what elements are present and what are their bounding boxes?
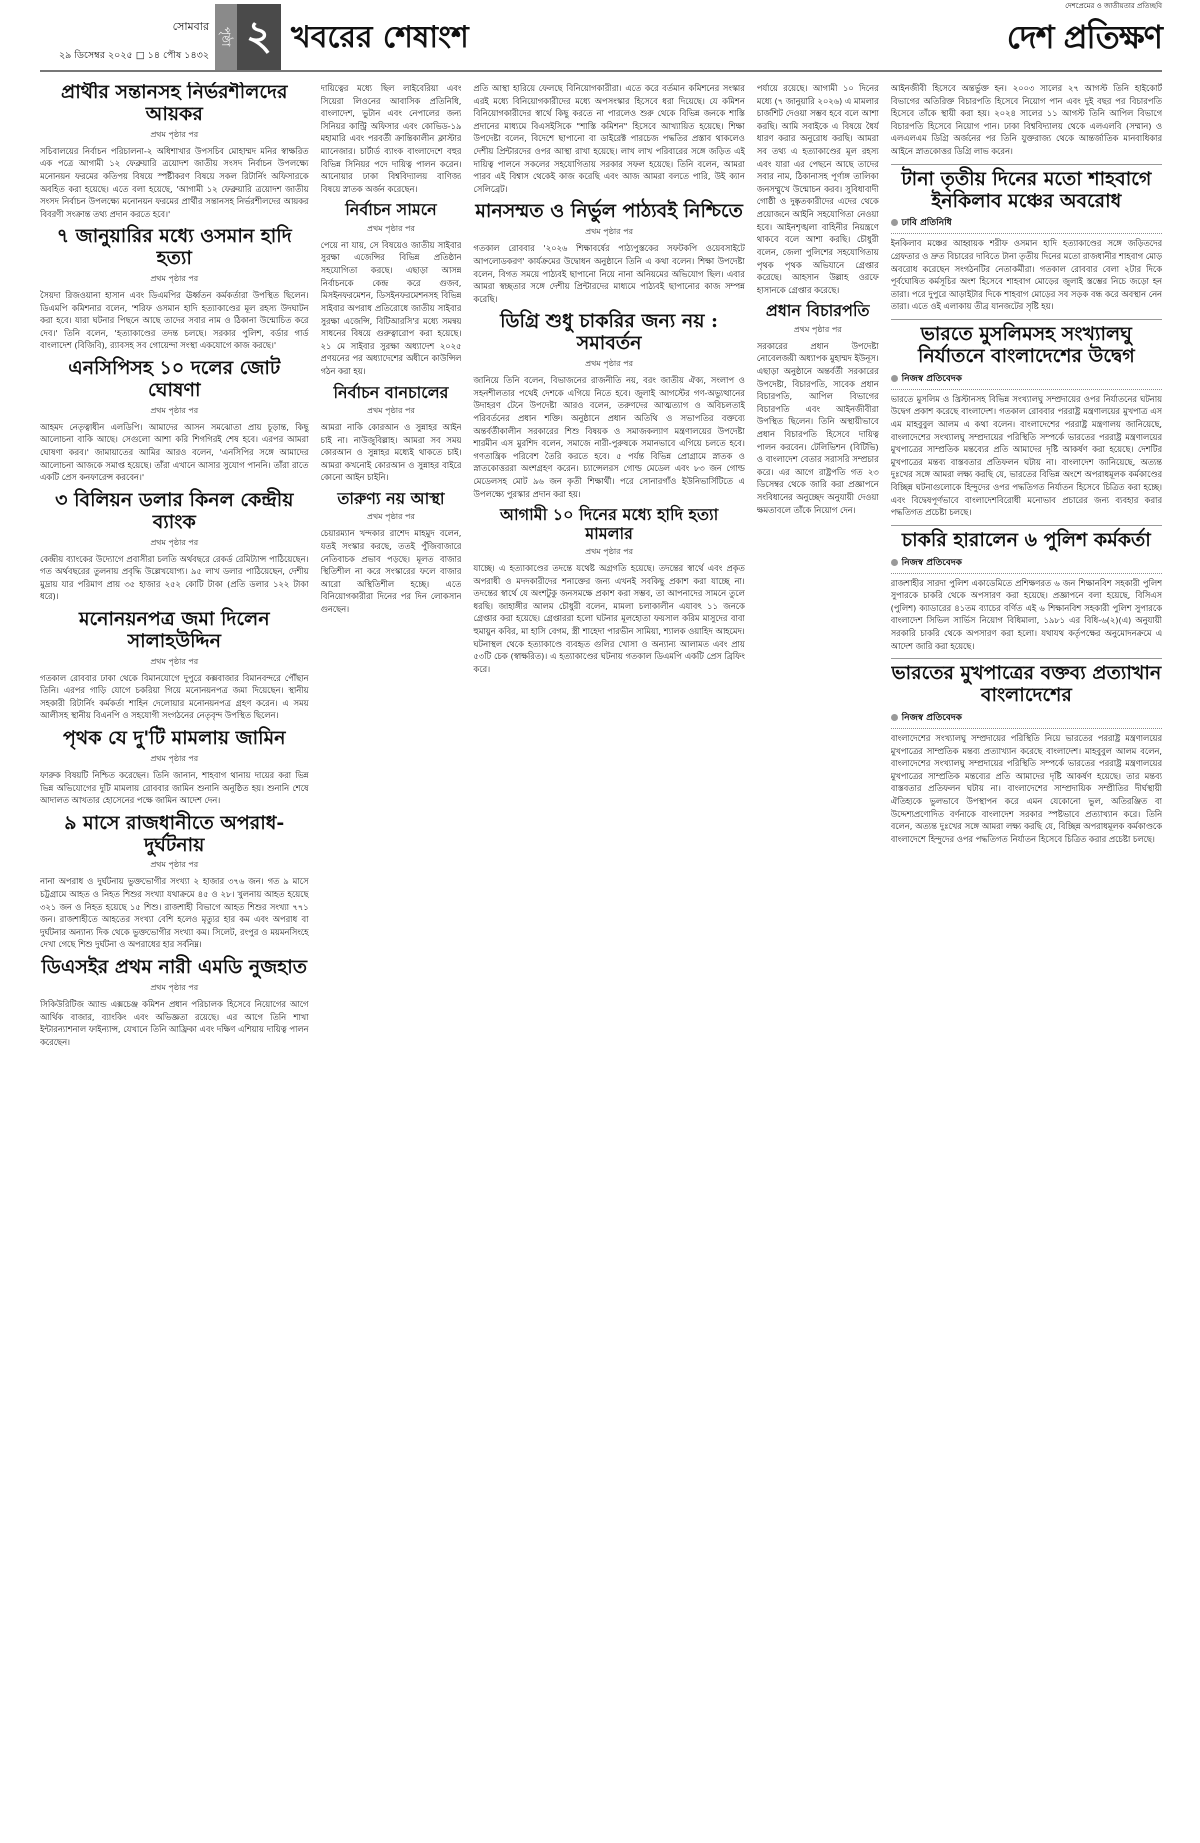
article-body: সচিবালয়ের নির্বাচন পরিচালনা-২ অধিশাখার … bbox=[40, 145, 309, 221]
continued-label: প্রথম পৃষ্ঠার পর bbox=[321, 223, 462, 236]
article-body: কেন্দ্রীয় ব্যাংকের উদ্যোগে প্রবাসীরা চল… bbox=[40, 553, 309, 603]
byline: নিজস্ব প্রতিবেদক bbox=[891, 371, 1162, 390]
article-hadi: ৭ জানুয়ারির মধ্যে ওসমান হাদি হত্যা প্রথ… bbox=[40, 226, 309, 352]
headline: তারুণ্য নয় আস্থা bbox=[321, 490, 462, 508]
article-body: আমরা নাকি কোরআন ও সুন্নাহর আইন চাই না। ন… bbox=[321, 421, 462, 484]
continued-label: প্রথম পৃষ্ঠার পর bbox=[757, 324, 879, 337]
article-body: ভারতে মুসলিম ও খ্রিস্টানসহ বিভিন্ন সংখ্য… bbox=[891, 393, 1162, 519]
column-4: পর্যায়ে রয়েছে। আগামী ১০ দিনের মধ্যে (৭… bbox=[757, 82, 879, 1832]
article-body: পর্যায়ে রয়েছে। আগামী ১০ দিনের মধ্যে (৭… bbox=[757, 82, 879, 296]
headline: নির্বাচন বানচালের bbox=[321, 384, 462, 402]
article-textbook: মানসম্মত ও নির্ভুল পাঠ্যবই নিশ্চিতে প্রথ… bbox=[473, 201, 744, 305]
article-india-statement: ভারতের মুখপাত্রের বক্তব্য প্রত্যাখান বাং… bbox=[891, 658, 1162, 845]
article-body: যাচ্ছে। এ হত্যাকাণ্ডের তদন্তে যথেষ্ট অগ্… bbox=[473, 562, 744, 675]
continued-label: প্রথম পৃষ্ঠার পর bbox=[40, 273, 309, 286]
article-salahuddin: মনোনয়নপত্র জমা দিলেন সালাহউদ্দিন প্রথম … bbox=[40, 609, 309, 722]
headline: আগামী ১০ দিনের মধ্যে হাদি হত্যা মামলার bbox=[473, 506, 744, 543]
weekday: সোমবার bbox=[40, 18, 209, 37]
continued-label: প্রথম পৃষ্ঠার পর bbox=[321, 405, 462, 418]
continued-label: প্রথম পৃষ্ঠার পর bbox=[40, 859, 309, 872]
article-body: সৈয়দা রিজওয়ানা হাসান এবং ডিএমপির ঊর্ধ্… bbox=[40, 289, 309, 352]
article-body: গতকাল রোববার '২০২৬ শিক্ষাবর্ষের পাঠ্যপুস… bbox=[473, 242, 744, 305]
article-continuation: পর্যায়ে রয়েছে। আগামী ১০ দিনের মধ্যে (৭… bbox=[757, 82, 879, 296]
headline: ভারতের মুখপাত্রের বক্তব্য প্রত্যাখান বাং… bbox=[891, 663, 1162, 707]
article-body: ফারুক বিষয়টি নিশ্চিত করেছেন। তিনি জানান… bbox=[40, 769, 309, 807]
section-title: খবরের শেষাংশ bbox=[281, 13, 469, 70]
continued-label: প্রথম পৃষ্ঠার পর bbox=[473, 358, 744, 371]
article-tarun: তারুণ্য নয় আস্থা প্রথম পৃষ্ঠার পর চেয়া… bbox=[321, 490, 462, 616]
article-body: সিকিউরিটিজ অ্যান্ড এক্সচেঞ্জ কমিশন প্রধা… bbox=[40, 998, 309, 1048]
headline: ভারতে মুসলিমসহ সংখ্যালঘু নির্যাতনে বাংলা… bbox=[891, 324, 1162, 368]
headline: মানসম্মত ও নির্ভুল পাঠ্যবই নিশ্চিতে bbox=[473, 201, 744, 223]
article-shahbag: টানা তৃতীয় দিনের মতো শাহবাগে ইনকিলাব মঞ… bbox=[891, 164, 1162, 313]
byline: নিজস্ব প্রতিবেদক bbox=[891, 555, 1162, 574]
bullet-icon bbox=[891, 714, 898, 721]
headline: ৭ জানুয়ারির মধ্যে ওসমান হাদি হত্যা bbox=[40, 226, 309, 270]
article-ncp: এনসিপিসহ ১০ দলের জোট ঘোষণা প্রথম পৃষ্ঠার… bbox=[40, 358, 309, 484]
article-continuation: দায়িত্বের মধ্যে ছিল লাইবেরিয়া এবং সিয়… bbox=[321, 82, 462, 195]
column-3: প্রতি আস্থা হারিয়ে ফেলছে বিনিয়োগকারীরা… bbox=[473, 82, 744, 1832]
headline: নির্বাচন সামনে bbox=[321, 201, 462, 219]
headline: ৩ বিলিয়ন ডলার কিনল কেন্দ্রীয় ব্যাংক bbox=[40, 490, 309, 534]
article-body: জানিয়ে তিনি বলেন, বিভাজনের রাজনীতি নয়,… bbox=[473, 374, 744, 500]
headline: ডিগ্রি শুধু চাকরির জন্য নয় : সমাবর্তন bbox=[473, 311, 744, 355]
headline: ৯ মাসে রাজধানীতে অপরাধ-দুর্ঘটনায় bbox=[40, 813, 309, 857]
article-body: সরকারের প্রধান উপদেষ্টা নোবেলজয়ী অধ্যাপ… bbox=[757, 340, 879, 517]
page-label: পৃষ্ঠা bbox=[215, 4, 237, 70]
article-remittance: ৩ বিলিয়ন ডলার কিনল কেন্দ্রীয় ব্যাংক প্… bbox=[40, 490, 309, 603]
column-5: আইনজীবী হিসেবে অন্তর্ভুক্ত হন। ২০০৩ সালে… bbox=[891, 82, 1162, 1832]
article-india-concern: ভারতে মুসলিমসহ সংখ্যালঘু নির্যাতনে বাংলা… bbox=[891, 319, 1162, 519]
article-hadi-case: আগামী ১০ দিনের মধ্যে হাদি হত্যা মামলার প… bbox=[473, 506, 744, 675]
article-aykor: প্রার্থীর সন্তানসহ নির্ভরশীলদের আয়কর প্… bbox=[40, 82, 309, 220]
continued-label: প্রথম পৃষ্ঠার পর bbox=[473, 546, 744, 559]
article-bsec: প্রতি আস্থা হারিয়ে ফেলছে বিনিয়োগকারীরা… bbox=[473, 82, 744, 195]
column-2: দায়িত্বের মধ্যে ছিল লাইবেরিয়া এবং সিয়… bbox=[321, 82, 462, 1832]
article-crime: ৯ মাসে রাজধানীতে অপরাধ-দুর্ঘটনায় প্রথম … bbox=[40, 813, 309, 951]
article-body: ইনকিলাব মঞ্চের আহ্বায়ক শরীফ ওসমান হাদি … bbox=[891, 237, 1162, 313]
continued-label: প্রথম পৃষ্ঠার পর bbox=[40, 753, 309, 766]
headline: এনসিপিসহ ১০ দলের জোট ঘোষণা bbox=[40, 358, 309, 402]
article-election-sabotage: নির্বাচন বানচালের প্রথম পৃষ্ঠার পর আমরা … bbox=[321, 384, 462, 484]
article-body: নানা অপরাধ ও দুর্ঘটনায় ভুক্তভোগীর সংখ্য… bbox=[40, 875, 309, 951]
headline: প্রধান বিচারপতি bbox=[757, 302, 879, 320]
article-police: চাকরি হারালেন ৬ পুলিশ কর্মকর্তা নিজস্ব প… bbox=[891, 525, 1162, 653]
continued-label: প্রথম পৃষ্ঠার পর bbox=[40, 982, 309, 995]
article-body: রাজশাহীর সারদা পুলিশ একাডেমিতে প্রশিক্ষণ… bbox=[891, 577, 1162, 653]
continued-label: প্রথম পৃষ্ঠার পর bbox=[40, 656, 309, 669]
article-body: পেয়ে না যায়, সে বিষয়েও জাতীয় সাইবার … bbox=[321, 239, 462, 378]
bullet-icon bbox=[891, 375, 898, 382]
headline: মনোনয়নপত্র জমা দিলেন সালাহউদ্দিন bbox=[40, 609, 309, 653]
article-body: আইনজীবী হিসেবে অন্তর্ভুক্ত হন। ২০০৩ সালে… bbox=[891, 82, 1162, 158]
continued-label: প্রথম পৃষ্ঠার পর bbox=[40, 537, 309, 550]
headline: প্রার্থীর সন্তানসহ নির্ভরশীলদের আয়কর bbox=[40, 82, 309, 126]
column-1: প্রার্থীর সন্তানসহ নির্ভরশীলদের আয়কর প্… bbox=[40, 82, 309, 1832]
continued-label: প্রথম পৃষ্ঠার পর bbox=[473, 226, 744, 239]
article-body: দায়িত্বের মধ্যে ছিল লাইবেরিয়া এবং সিয়… bbox=[321, 82, 462, 195]
article-body: গতকাল রোববার ঢাকা থেকে বিমানযোগে দুপুরে … bbox=[40, 672, 309, 722]
headline: পৃথক যে দু'টি মামলায় জামিন bbox=[40, 728, 309, 750]
brand-tagline: দেশপ্রেমের ও জাতীয়তার প্রতিচ্ছবি bbox=[1007, 0, 1162, 12]
brand-name: দেশ প্রতিক্ষণ bbox=[1007, 18, 1162, 56]
bullet-icon bbox=[891, 219, 898, 226]
continued-label: প্রথম পৃষ্ঠার পর bbox=[321, 511, 462, 524]
date-block: সোমবার ২৯ ডিসেম্বর ২০২৫ □ ১৪ পৌষ ১৪৩২ bbox=[40, 18, 215, 70]
article-body: বাংলাদেশের সংখ্যালঘু সম্প্রদায়ের পরিস্থ… bbox=[891, 732, 1162, 845]
newspaper-logo: দেশপ্রেমের ও জাতীয়তার প্রতিচ্ছবি দেশ প্… bbox=[1007, 0, 1162, 66]
article-continuation: আইনজীবী হিসেবে অন্তর্ভুক্ত হন। ২০০৩ সালে… bbox=[891, 82, 1162, 158]
article-election-front: নির্বাচন সামনে প্রথম পৃষ্ঠার পর পেয়ে না… bbox=[321, 201, 462, 377]
headline: চাকরি হারালেন ৬ পুলিশ কর্মকর্তা bbox=[891, 530, 1162, 552]
byline: নিজস্ব প্রতিবেদক bbox=[891, 710, 1162, 729]
article-bail: পৃথক যে দু'টি মামলায় জামিন প্রথম পৃষ্ঠা… bbox=[40, 728, 309, 807]
headline: ডিএসইর প্রথম নারী এমডি নুজহাত bbox=[40, 957, 309, 979]
byline: ঢাবি প্রতিনিধি bbox=[891, 215, 1162, 234]
article-body: প্রতি আস্থা হারিয়ে ফেলছে বিনিয়োগকারীরা… bbox=[473, 82, 744, 195]
continued-label: প্রথম পৃষ্ঠার পর bbox=[40, 129, 309, 142]
masthead: সোমবার ২৯ ডিসেম্বর ২০২৫ □ ১৪ পৌষ ১৪৩২ পৃ… bbox=[40, 0, 1162, 72]
bullet-icon bbox=[891, 559, 898, 566]
article-body: চেয়ারম্যান খন্দকার রাশেদ মাহমুদ বলেন, য… bbox=[321, 527, 462, 615]
continued-label: প্রথম পৃষ্ঠার পর bbox=[40, 405, 309, 418]
page-number: ২ bbox=[237, 4, 281, 70]
headline: টানা তৃতীয় দিনের মতো শাহবাগে ইনকিলাব মঞ… bbox=[891, 169, 1162, 213]
article-body: আহমদ নেতৃত্বাধীন এলডিপি। আমাদের আসন সমঝো… bbox=[40, 421, 309, 484]
newspaper-page: সোমবার ২৯ ডিসেম্বর ২০২৫ □ ১৪ পৌষ ১৪৩২ পৃ… bbox=[0, 0, 1200, 1843]
article-dse: ডিএসইর প্রথম নারী এমডি নুজহাত প্রথম পৃষ্… bbox=[40, 957, 309, 1048]
issue-date: ২৯ ডিসেম্বর ২০২৫ □ ১৪ পৌষ ১৪৩২ bbox=[59, 50, 209, 61]
page-number-badge: পৃষ্ঠা ২ bbox=[215, 4, 281, 70]
article-chief-justice: প্রধান বিচারপতি প্রথম পৃষ্ঠার পর সরকারের… bbox=[757, 302, 879, 516]
article-convocation: ডিগ্রি শুধু চাকরির জন্য নয় : সমাবর্তন প… bbox=[473, 311, 744, 500]
